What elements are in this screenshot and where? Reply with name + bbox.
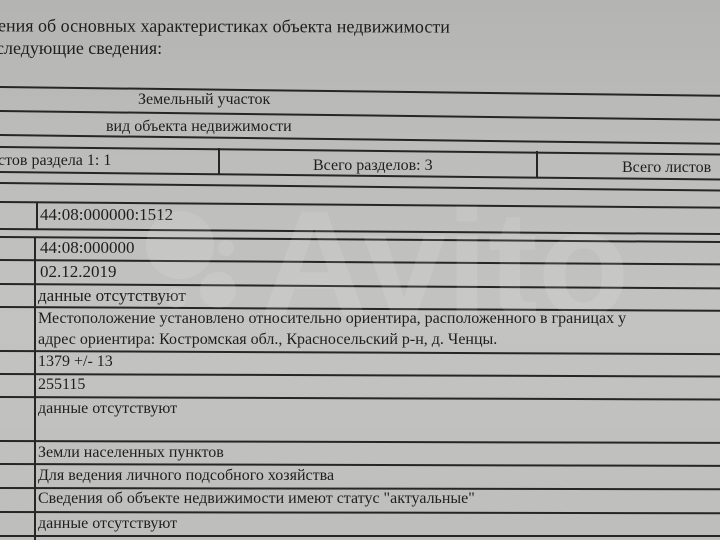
object-type-value: Земельный участок	[138, 91, 270, 109]
table-divider	[536, 151, 538, 178]
area: 1379 +/- 13	[38, 353, 113, 371]
table-border	[0, 373, 720, 377]
total-sections: Всего разделов: 3	[313, 157, 433, 175]
permitted-use: Для ведения личного подсобного хозяйства	[38, 467, 334, 485]
object-type-caption: вид объекта недвижимости	[106, 118, 292, 136]
table-border	[0, 535, 720, 537]
table-border	[0, 228, 720, 235]
cadastral-quarter: 44:08:000000	[40, 238, 134, 258]
table-border	[0, 440, 720, 443]
table-divider	[36, 202, 38, 229]
section-sheets-count: стов раздела 1: 1	[0, 152, 111, 170]
cadastral-value: 255115	[38, 376, 85, 394]
table-border	[0, 463, 720, 466]
table-border	[0, 511, 720, 514]
table-border	[0, 86, 720, 97]
cadastral-number: 44:08:000000:1512	[40, 205, 173, 225]
registration-date: 02.12.2019	[40, 262, 117, 282]
document-heading: ения об основных характеристиках объекта…	[0, 15, 450, 37]
address-line-2: адрес ориентира: Костромская обл., Красн…	[38, 331, 497, 349]
table-border	[0, 134, 720, 145]
record-status: Сведения об объекте недвижимости имеют с…	[38, 490, 475, 508]
table-border	[0, 182, 720, 192]
special-notes: данные отсутствуют	[38, 515, 177, 533]
related-objects: данные отсутствуют	[38, 400, 177, 418]
address-line-1: Местоположение установлено относительно …	[38, 310, 626, 328]
previous-number: данные отсутствуют	[38, 286, 186, 306]
document-subheading: следующие сведения:	[0, 38, 162, 59]
total-sheets: Всего листов	[622, 159, 711, 177]
land-category: Земли населенных пунктов	[38, 444, 224, 462]
document-photo: ения об основных характеристиках объекта…	[0, 0, 720, 540]
table-divider	[218, 148, 220, 174]
